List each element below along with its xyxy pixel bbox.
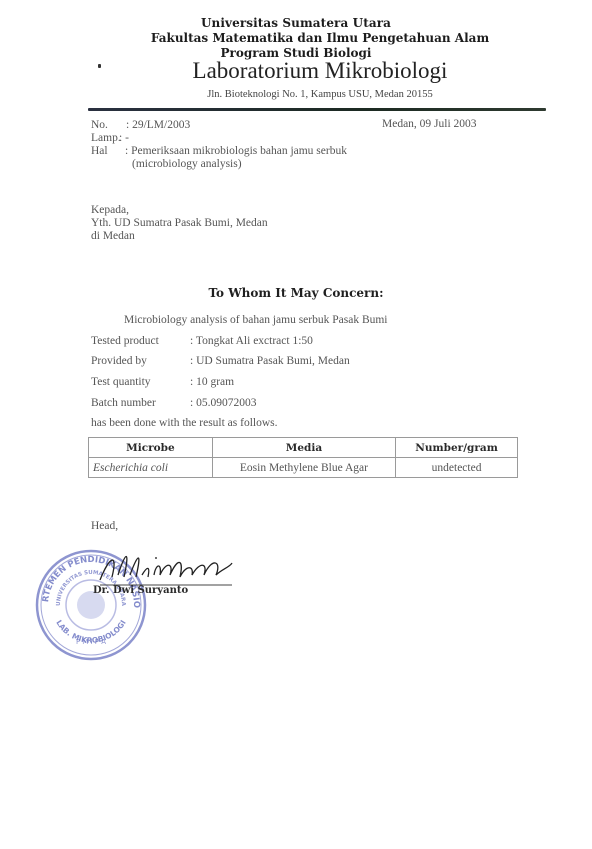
recipient-greeting: Kepada,: [91, 204, 129, 216]
letterhead-divider: [88, 108, 546, 111]
analysis-intro: Microbiology analysis of bahan jamu serb…: [124, 314, 388, 326]
lab-address: Jln. Bioteknologi No. 1, Kampus USU, Med…: [24, 89, 592, 100]
svg-text:LAB. MIKROBIOLOGI: LAB. MIKROBIOLOGI: [54, 618, 128, 645]
field-value-tested-product: : Tongkat Ali exctract 1:50: [190, 335, 313, 347]
field-label-provided-by: Provided by: [91, 355, 147, 367]
subject-label: Hal: [91, 145, 108, 157]
scan-speck: [98, 64, 101, 68]
cell-count: undetected: [396, 458, 518, 478]
cell-microbe: Escherichia coli: [89, 458, 213, 478]
table-header-row: Microbe Media Number/gram: [89, 438, 518, 458]
field-label-tested-product: Tested product: [91, 335, 159, 347]
header-media: Media: [212, 438, 395, 458]
field-value-test-quantity: : 10 gram: [190, 376, 234, 388]
recipient-location: di Medan: [91, 230, 135, 242]
attachment-label: Lamp.: [91, 132, 121, 144]
field-label-batch-number: Batch number: [91, 397, 156, 409]
field-value-provided-by: : UD Sumatra Pasak Bumi, Medan: [190, 355, 350, 367]
results-table: Microbe Media Number/gram Escherichia co…: [88, 437, 518, 478]
letter-number: : 29/LM/2003: [126, 119, 190, 131]
subject-line-1: : Pemeriksaan mikrobiologis bahan jamu s…: [125, 145, 347, 157]
table-row: Escherichia coli Eosin Methylene Blue Ag…: [89, 458, 518, 478]
university-name: Universitas Sumatera Utara: [0, 16, 592, 30]
header-microbe: Microbe: [89, 438, 213, 458]
header-number-per-gram: Number/gram: [396, 438, 518, 458]
lab-name: Laboratorium Mikrobiologi: [24, 58, 592, 84]
salutation: To Whom It May Concern:: [0, 286, 592, 300]
signatory-title: Head,: [91, 520, 118, 532]
subject-line-2: (microbiology analysis): [132, 158, 242, 170]
result-intro: has been done with the result as follows…: [91, 417, 278, 429]
recipient-name: Yth. UD Sumatra Pasak Bumi, Medan: [91, 217, 268, 229]
letter-number-label: No.: [91, 119, 108, 131]
attachment-value: : -: [119, 132, 129, 144]
signatory-name: Dr. Dwi Suryanto: [93, 585, 188, 596]
cell-media: Eosin Methylene Blue Agar: [212, 458, 395, 478]
field-label-test-quantity: Test quantity: [91, 376, 151, 388]
faculty-name: Fakultas Matematika dan Ilmu Pengetahuan…: [24, 31, 592, 45]
field-value-batch-number: : 05.09072003: [190, 397, 256, 409]
place-date: Medan, 09 Juli 2003: [382, 118, 477, 130]
